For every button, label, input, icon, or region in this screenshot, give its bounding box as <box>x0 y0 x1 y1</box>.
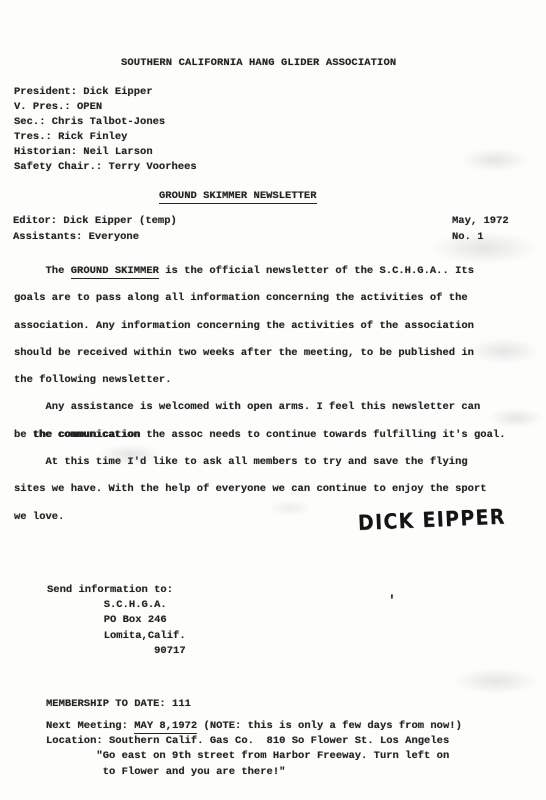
body-line: be the communication the assoc needs to … <box>14 422 506 449</box>
issue-date: May, 1972 <box>452 214 509 230</box>
newsletter-heading: GROUND SKIMMER NEWSLETTER <box>159 189 317 204</box>
issue-number: No. 1 <box>452 230 509 246</box>
editor-line: Editor: Dick Eipper (temp) <box>13 214 177 230</box>
meeting-directions-line: "Go east on 9th street from Harbor Freew… <box>46 749 462 764</box>
meeting-date-underlined: MAY 8,1972 <box>134 720 197 734</box>
body-line: should be received within two weeks afte… <box>14 340 506 367</box>
meeting-location-line: Location: Southern Calif. Gas Co. 810 So… <box>46 734 462 749</box>
body-line: Any assistance is welcomed with open arm… <box>14 394 506 421</box>
meeting-directions-line: to Flower and you are there!" <box>46 765 462 780</box>
officer-line-historian: Historian: Neil Larson <box>14 145 197 160</box>
send-info-line: PO Box 246 <box>47 613 186 628</box>
body-line: association. Any information concerning … <box>14 313 506 340</box>
send-info-line: Lomita,Calif. <box>47 629 186 644</box>
para1-l1-pre: The <box>14 265 71 277</box>
para1-l1-post: is the official newsletter of the S.C.H.… <box>159 265 474 277</box>
meeting-label: Next Meeting: <box>46 720 134 732</box>
officer-line-vice-president: V. Pres.: OPEN <box>14 100 197 115</box>
scan-smudge <box>452 668 540 694</box>
send-information-block: Send information to: S.C.H.G.A. PO Box 2… <box>47 583 186 659</box>
issue-block: May, 1972 No. 1 <box>452 214 509 245</box>
scanned-newsletter-page: SOUTHERN CALIFORNIA HANG GLIDER ASSOCIAT… <box>0 0 546 800</box>
officer-line-treasurer: Tres.: Rick Finley <box>14 130 197 145</box>
next-meeting-block: Next Meeting: MAY 8,1972 (NOTE: this is … <box>46 719 462 780</box>
membership-count-line: MEMBERSHIP TO DATE: 111 <box>46 697 191 712</box>
stray-ink-mark: ' <box>388 593 396 608</box>
body-line: goals are to pass along all information … <box>14 285 506 312</box>
para2-l2-post: the assoc needs to continue towards fulf… <box>140 429 505 441</box>
next-meeting-line: Next Meeting: MAY 8,1972 (NOTE: this is … <box>46 719 462 734</box>
para1-l1-underlined: GROUND SKIMMER <box>71 265 159 279</box>
meeting-note: (NOTE: this is only a few days from now!… <box>197 720 462 732</box>
body-line: At this time I'd like to ask all members… <box>14 449 506 476</box>
send-info-line: Send information to: <box>47 583 186 598</box>
officer-line-secretary: Sec.: Chris Talbot-Jones <box>14 115 197 130</box>
officer-line-safety-chair: Safety Chair.: Terry Voorhees <box>14 160 197 175</box>
body-text: The GROUND SKIMMER is the official newsl… <box>14 258 506 531</box>
officer-line-president: President: Dick Eipper <box>14 85 197 100</box>
association-title: SOUTHERN CALIFORNIA HANG GLIDER ASSOCIAT… <box>121 56 396 71</box>
assistants-line: Assistants: Everyone <box>13 230 177 246</box>
officers-list: President: Dick Eipper V. Pres.: OPEN Se… <box>14 85 197 175</box>
body-line: sites we have. With the help of everyone… <box>14 476 506 503</box>
newsletter-heading-text: GROUND SKIMMER NEWSLETTER <box>159 190 317 204</box>
send-info-line: 90717 <box>47 644 186 659</box>
body-line: the following newsletter. <box>14 367 506 394</box>
para2-l2-pre: be <box>14 429 33 441</box>
body-line: The GROUND SKIMMER is the official newsl… <box>14 258 506 285</box>
para2-l2-overstruck: the communication <box>33 429 140 441</box>
editor-block: Editor: Dick Eipper (temp) Assistants: E… <box>13 214 177 245</box>
scan-smudge <box>460 148 530 172</box>
send-info-line: S.C.H.G.A. <box>47 598 186 613</box>
